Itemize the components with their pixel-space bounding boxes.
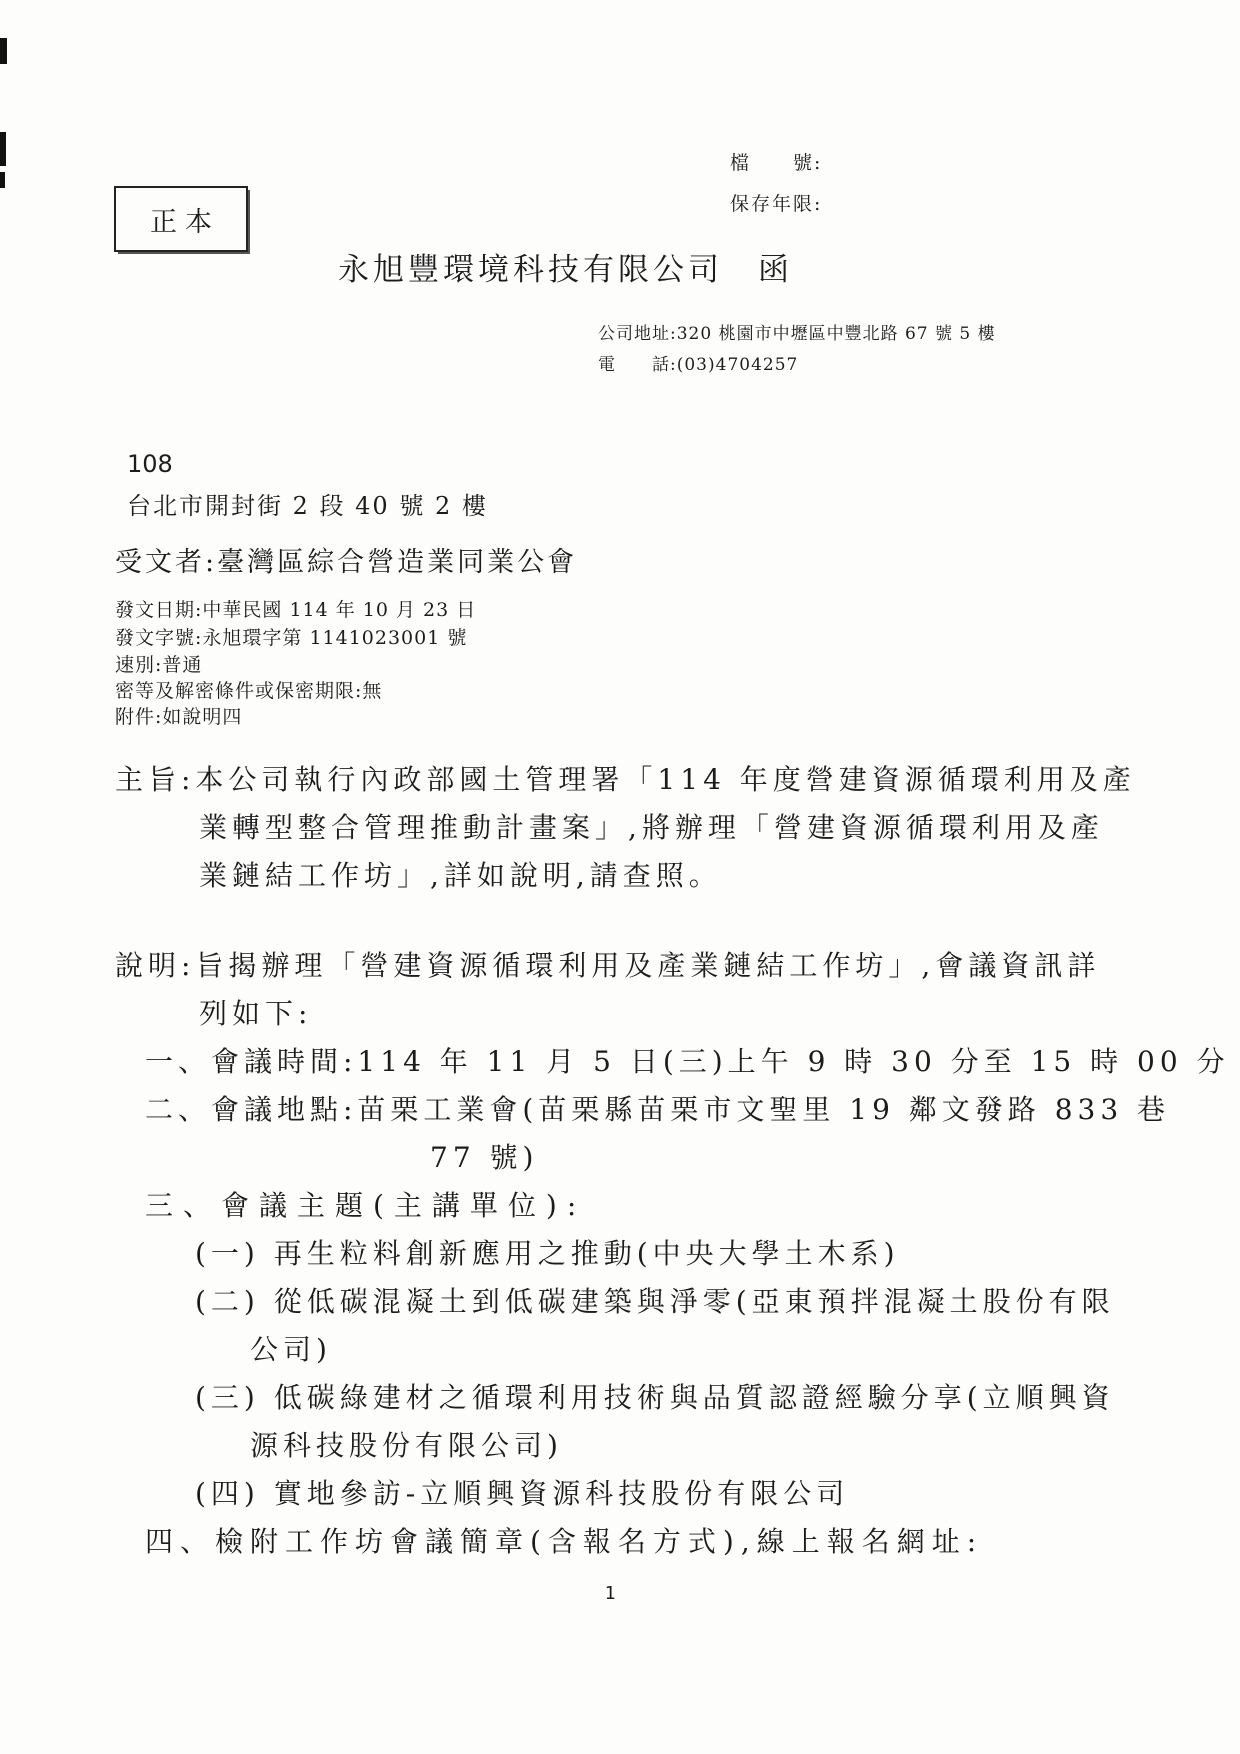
list-item-meeting-place: 二、會議地點:苗栗工業會(苗栗縣苗栗市文聖里 19 鄰文發路 833 巷: [115, 1086, 1145, 1134]
scanned-letter-page: 檔 號: 保存年限: 正本 永旭豐環境科技有限公司 函 公司地址:320 桃園市…: [0, 0, 1240, 1754]
sub-item-topic-1: (一) 再生粒料創新應用之推動(中央大學土木系): [115, 1230, 1145, 1278]
issue-date-line: 發文日期:中華民國 114 年 10 月 23 日: [115, 595, 476, 622]
file-number-label: 檔 號:: [730, 148, 822, 175]
sub-item-topic-2: (二) 從低碳混凝土到低碳建築與淨零(亞東預拌混凝土股份有限: [115, 1278, 1145, 1326]
list-item-registration: 四、檢附工作坊會議簡章(含報名方式),線上報名網址:: [115, 1518, 1145, 1566]
sub-item-continuation: 公司): [115, 1326, 1145, 1374]
retention-period-label: 保存年限:: [730, 189, 822, 216]
subject-line: 業轉型整合管理推動計畫案」,將辦理「營建資源循環利用及產: [115, 804, 1145, 852]
letter-body: 主旨:本公司執行內政部國土管理署「114 年度營建資源循環利用及產 業轉型整合管…: [115, 756, 1145, 1566]
recipient-postal-code: 108: [127, 450, 173, 478]
addressee-line: 受文者:臺灣區綜合營造業同業公會: [115, 540, 577, 579]
security-class-line: 密等及解密條件或保密期限:無: [115, 676, 382, 703]
company-address: 公司地址:320 桃園市中壢區中豐北路 67 號 5 樓: [598, 319, 996, 344]
sub-item-continuation: 源科技股份有限公司): [115, 1422, 1145, 1470]
document-number-line: 發文字號:永旭環字第 1141023001 號: [115, 623, 467, 650]
original-copy-stamp: 正本: [114, 186, 248, 252]
page-number: 1: [0, 1583, 1220, 1604]
scan-artifact: [0, 172, 5, 188]
list-item-meeting-time: 一、會議時間:114 年 11 月 5 日(三)上午 9 時 30 分至 15 …: [115, 1038, 1145, 1086]
company-phone: 電 話:(03)4704257: [598, 350, 798, 375]
sub-item-topic-4: (四) 實地參訪-立順興資源科技股份有限公司: [115, 1470, 1145, 1518]
scan-artifact: [0, 132, 6, 166]
original-copy-stamp-text: 正本: [142, 200, 220, 239]
recipient-street-address: 台北市開封街 2 段 40 號 2 樓: [127, 486, 488, 521]
letter-title: 永旭豐環境科技有限公司 函: [338, 244, 793, 289]
attachment-line: 附件:如說明四: [115, 702, 242, 729]
scan-artifact: [0, 38, 7, 64]
explanation-line: 列如下:: [115, 990, 1145, 1038]
subject-line: 主旨:本公司執行內政部國土管理署「114 年度營建資源循環利用及產: [115, 756, 1145, 804]
sub-item-topic-3: (三) 低碳綠建材之循環利用技術與品質認證經驗分享(立順興資: [115, 1374, 1145, 1422]
subject-line: 業鏈結工作坊」,詳如說明,請查照。: [115, 852, 1145, 900]
list-item-continuation: 77 號): [115, 1134, 1145, 1182]
list-item-meeting-topic: 三、會議主題(主講單位):: [115, 1182, 1145, 1230]
speed-class-line: 速別:普通: [115, 650, 202, 677]
explanation-line: 說明:旨揭辦理「營建資源循環利用及產業鏈結工作坊」,會議資訊詳: [115, 942, 1145, 990]
